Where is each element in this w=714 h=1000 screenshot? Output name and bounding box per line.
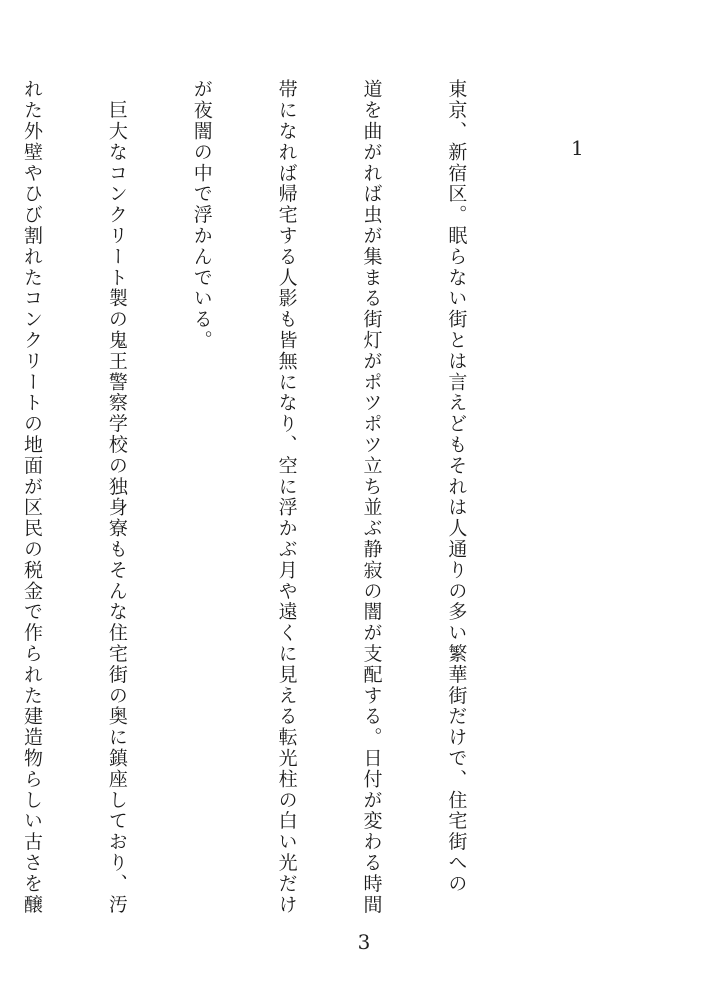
text-line: 東京、新宿区。眠らない街とは言えどもそれは人通りの多い繁華街だけで、住宅街への bbox=[442, 79, 470, 924]
text-line: 巨大なコンクリート製の鬼王警察学校の独身寮もそんな住宅街の奥に鎮座しており、汚 bbox=[103, 79, 131, 924]
text-line: 道を曲がれば虫が集まる街灯がポツポツ立ち並ぶ静寂の闇が支配する。日付が変わる時間 bbox=[357, 79, 385, 924]
text-line: が夜闇の中で浮かんでいる。 bbox=[187, 79, 215, 924]
chapter-number: 1 bbox=[571, 136, 584, 160]
body-text: 東京、新宿区。眠らない街とは言えどもそれは人通りの多い繁華街だけで、住宅街への … bbox=[0, 79, 527, 924]
document-page: 1 東京、新宿区。眠らない街とは言えどもそれは人通りの多い繁華街だけで、住宅街へ… bbox=[0, 0, 714, 1000]
page-number: 3 bbox=[0, 930, 714, 954]
text-line: れた外壁やひび割れたコンクリートの地面が区民の税金で作られた建造物らしい古さを醸 bbox=[18, 79, 46, 924]
text-line: 帯になれば帰宅する人影も皆無になり、空に浮かぶ月や遠くに見える転光柱の白い光だけ bbox=[272, 79, 300, 924]
